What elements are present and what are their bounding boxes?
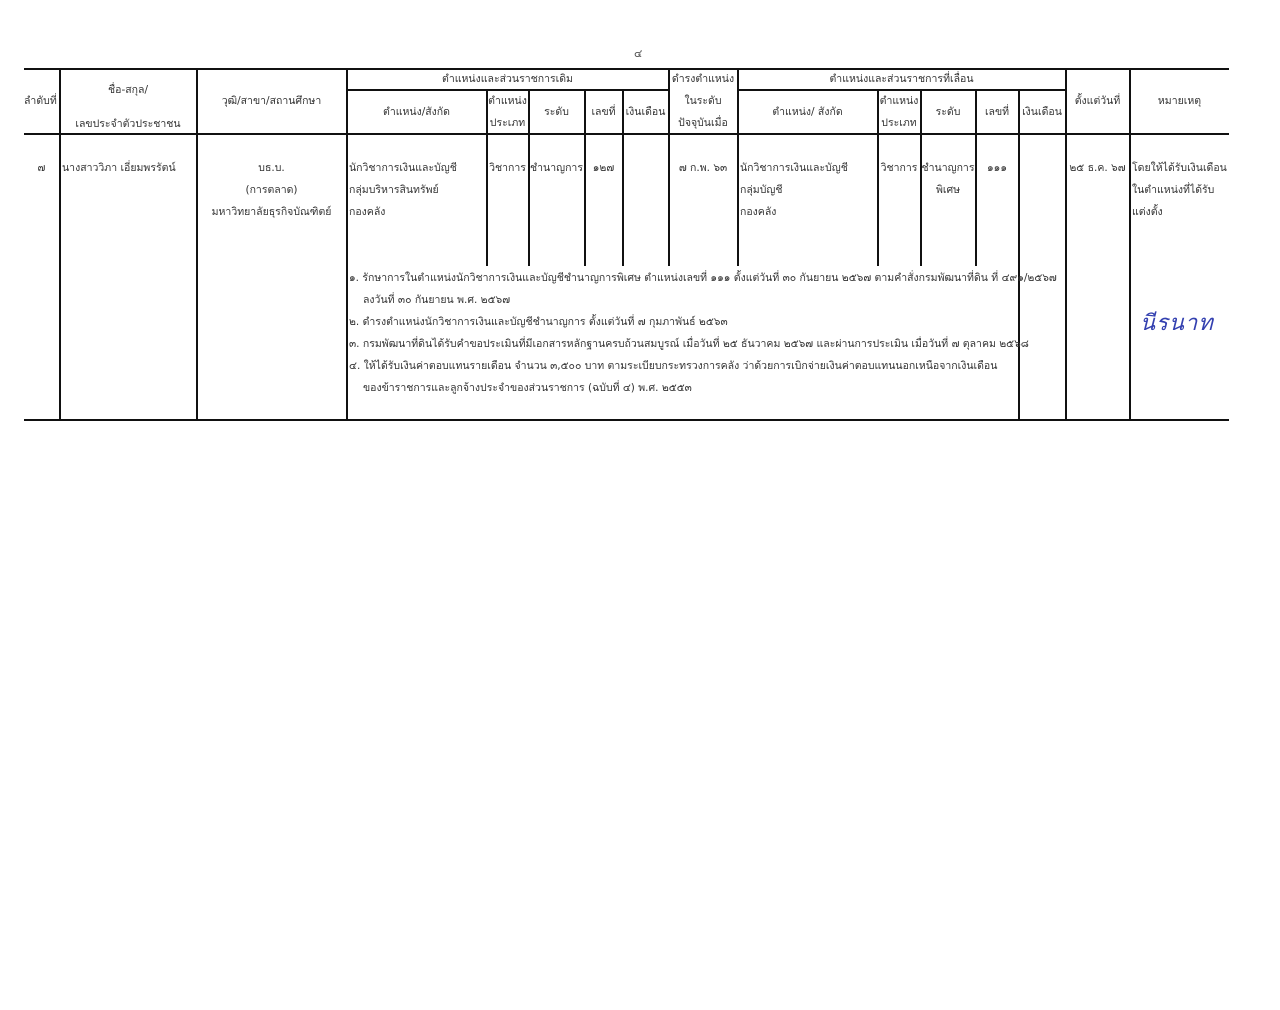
header-held-2: ในระดับ [669,90,737,112]
col-divider [1018,90,1020,420]
col-divider [737,68,739,266]
header-order: ลำดับที่ [24,90,57,112]
row-new-position: นักวิชาการเงินและบัญชี [740,157,848,179]
note-1-cont: ลงวันที่ ๓๐ กันยายน พ.ศ. ๒๕๖๗ [363,289,510,311]
col-divider [1065,68,1067,420]
row-old-position: นักวิชาการเงินและบัญชี [349,157,457,179]
row-degree: บธ.บ. [197,157,346,179]
row-effective-date: ๒๕ ธ.ค. ๖๗ [1066,157,1129,179]
header-new-type-2: ประเภท [878,112,920,134]
header-education: วุฒิ/สาขา/สถานศึกษา [197,90,346,112]
row-major: (การตลาด) [197,179,346,201]
header-held: ดำรงตำแหน่ง [669,68,737,90]
note-4: ๔. ให้ได้รับเงินค่าตอบแทนรายเดือน จำนวน … [349,355,997,377]
row-new-number: ๑๑๑ [976,157,1018,179]
row-institution: มหาวิทยาลัยธุรกิจบัณฑิตย์ [197,201,346,223]
row-old-level: ชำนาญการ [529,157,584,179]
header-new-number: เลขที่ [976,101,1018,123]
note-1: ๑. รักษาการในตำแหน่งนักวิชาการเงินและบัญ… [349,267,1057,289]
row-new-level-2: พิเศษ [921,179,975,201]
header-new-salary: เงินเดือน [1019,101,1065,123]
row-remark: โดยให้ได้รับเงินเดือน [1132,157,1227,179]
note-4-cont: ของข้าราชการและลูกจ้างประจำของส่วนราชการ… [363,377,692,399]
header-name: ชื่อ-สกุล/ [60,79,196,101]
header-old-level: ระดับ [529,101,584,123]
header-new-level: ระดับ [921,101,975,123]
header-old-type: ตำแหน่ง [487,90,528,112]
header-remark: หมายเหตุ [1130,90,1229,112]
header-old-salary: เงินเดือน [623,101,668,123]
row-held-since: ๗ ก.พ. ๖๓ [669,157,737,179]
header-new-position: ตำแหน่ง/ สังกัด [738,101,877,123]
header-bottom-border [24,133,1229,135]
row-new-department: กองคลัง [740,201,776,223]
row-old-type: วิชาการ [487,157,528,179]
row-remark-3: แต่งตั้ง [1132,201,1163,223]
promotion-table: ลำดับที่ ชื่อ-สกุล/ เลขประจำตัวประชาชน ว… [24,68,1229,420]
header-old-group: ตำแหน่งและส่วนราชการเดิม [347,68,668,90]
row-old-department: กองคลัง [349,201,385,223]
row-old-division: กลุ่มบริหารสินทรัพย์ [349,179,439,201]
table-bottom-border [24,419,1229,421]
header-id: เลขประจำตัวประชาชน [60,113,196,135]
row-new-type: วิชาการ [878,157,920,179]
row-name: นางสาววิภา เอี่ยมพรรัตน์ [62,157,176,179]
header-new-group: ตำแหน่งและส่วนราชการที่เลื่อน [738,68,1065,90]
header-new-type: ตำแหน่ง [878,90,920,112]
header-old-type-2: ประเภท [487,112,528,134]
row-old-number: ๑๒๗ [585,157,622,179]
row-remark-2: ในตำแหน่งที่ได้รับ [1132,179,1214,201]
row-new-division: กลุ่มบัญชี [740,179,782,201]
header-old-position: ตำแหน่ง/สังกัด [347,101,486,123]
row-new-level: ชำนาญการ [921,157,975,179]
header-since: ตั้งแต่วันที่ [1066,90,1129,112]
note-2: ๒. ดำรงตำแหน่งนักวิชาการเงินและบัญชีชำนา… [349,311,728,333]
header-old-number: เลขที่ [585,101,622,123]
note-3: ๓. กรมพัฒนาที่ดินได้รับคำขอประเมินที่มีเ… [349,333,1029,355]
col-divider [196,68,198,420]
row-order: ๗ [24,157,59,179]
page-number: ๔ [634,44,642,62]
header-held-3: ปัจจุบันเมื่อ [669,112,737,134]
col-divider [1129,68,1131,420]
handwritten-signature: นีรนาท [1140,305,1214,340]
